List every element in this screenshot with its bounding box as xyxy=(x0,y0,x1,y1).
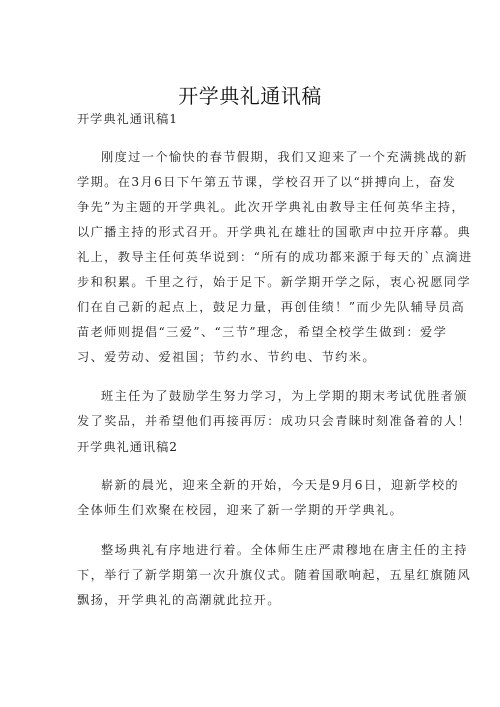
paragraph-line: 礼上，教导主任何英华说到：“所有的成功都来源于每天的`点滴进 xyxy=(77,250,417,264)
document-title: 开学典礼通讯稿 xyxy=(0,80,500,109)
paragraph-line: 们在自己新的起点上，鼓足力量，再创佳绩！”而少先队辅导员高 xyxy=(77,300,417,314)
paragraph-line: 发了奖品，并希望他们再接再厉：成功只会青睐时刻准备着的人！ xyxy=(77,414,417,428)
paragraph-line: 崭新的晨光，迎来全新的开始，今天是9月6日，迎新学校的 xyxy=(101,478,441,492)
paragraph-line: 全体师生们欢聚在校园，迎来了新一学期的开学典礼。 xyxy=(77,503,417,517)
paragraph-line: 整场典礼有序地进行着。全体师生庄严肃穆地在唐主任的主持 xyxy=(101,543,441,557)
paragraph-line: 飘扬，开学典礼的高潮就此拉开。 xyxy=(77,593,417,607)
paragraph-line: 以广播主持的形式召开。开学典礼在雄壮的国歌声中拉开序幕。典 xyxy=(77,225,417,239)
paragraph-line: 班主任为了鼓励学生努力学习，为上学期的期末考试优胜者颁 xyxy=(101,389,441,403)
section-heading-2: 开学典礼通讯稿2 xyxy=(77,440,417,454)
paragraph-line: 学期。在3月6日下午第五节课，学校召开了以“拼搏向上，奋发 xyxy=(77,175,417,189)
paragraph-line: 争先”为主题的开学典礼。此次开学典礼由教导主任何英华主持， xyxy=(77,200,417,214)
paragraph-line: 习、爱劳动、爱祖国；节约水、节约电、节约米。 xyxy=(77,350,417,364)
paragraph-line: 苗老师则提倡“三爱”、“三节”理念，希望全校学生做到：爱学 xyxy=(77,325,417,339)
paragraph-line: 刚度过一个愉快的春节假期，我们又迎来了一个充满挑战的新 xyxy=(101,150,441,164)
paragraph-line: 下，举行了新学期第一次升旗仪式。随着国歌响起，五星红旗随风 xyxy=(77,568,417,582)
paragraph-line: 步和积累。千里之行，始于足下。新学期开学之际，衷心祝愿同学 xyxy=(77,275,417,289)
section-heading-1: 开学典礼通讯稿1 xyxy=(77,112,417,126)
document-page: 开学典礼通讯稿 开学典礼通讯稿1 刚度过一个愉快的春节假期，我们又迎来了一个充满… xyxy=(0,0,500,707)
